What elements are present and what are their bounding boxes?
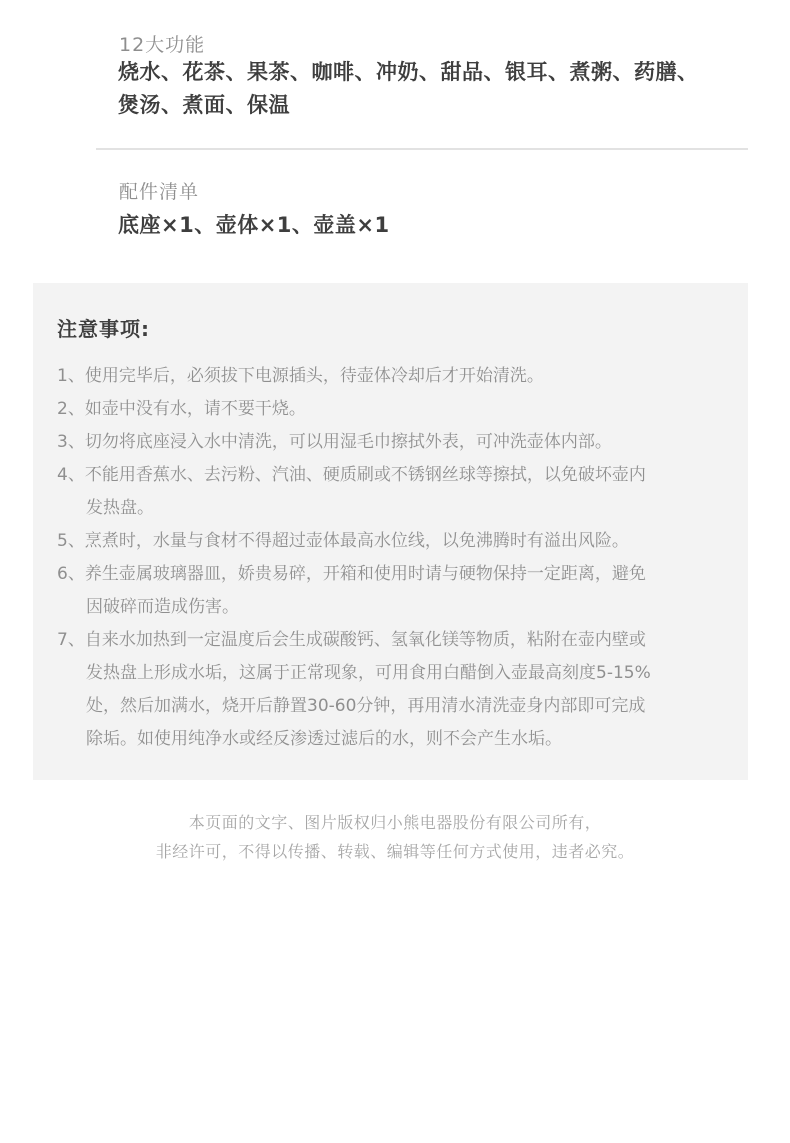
functions-section-label: 12大功能 [119,30,205,57]
section-divider [96,148,748,150]
functions-list-text: 烧水、花茶、果茶、咖啡、冲奶、甜品、银耳、煮粥、药膳、煲汤、煮面、保温 [118,56,704,122]
precautions-list: 1、使用完毕后，必须拔下电源插头，待壶体冷却后才开始清洗。 2、如壶中没有水，请… [57,360,657,756]
accessories-section-label: 配件清单 [119,177,199,204]
footer-copyright-line2: 非经许可，不得以传播、转载、编辑等任何方式使用，违者必究。 [0,839,790,862]
precaution-item: 6、养生壶属玻璃器皿，娇贵易碎，开箱和使用时请与硬物保持一定距离，避免因破碎而造… [57,558,657,624]
precaution-item: 7、自来水加热到一定温度后会生成碳酸钙、氢氧化镁等物质，粘附在壶内壁或发热盘上形… [57,624,657,756]
precaution-item: 2、如壶中没有水，请不要干烧。 [57,393,657,426]
precautions-box: 注意事项: 1、使用完毕后，必须拔下电源插头，待壶体冷却后才开始清洗。 2、如壶… [33,283,748,780]
precautions-title: 注意事项: [57,313,150,342]
accessories-list-text: 底座×1、壶体×1、壶盖×1 [118,209,390,239]
precaution-item: 1、使用完毕后，必须拔下电源插头，待壶体冷却后才开始清洗。 [57,360,657,393]
precaution-item: 5、烹煮时，水量与食材不得超过壶体最高水位线，以免沸腾时有溢出风险。 [57,525,657,558]
footer-copyright-line1: 本页面的文字、图片版权归小熊电器股份有限公司所有， [0,810,790,833]
precaution-item: 4、不能用香蕉水、去污粉、汽油、硬质刷或不锈钢丝球等擦拭，以免破坏壶内发热盘。 [57,459,657,525]
precaution-item: 3、切勿将底座浸入水中清洗，可以用湿毛巾擦拭外表，可冲洗壶体内部。 [57,426,657,459]
